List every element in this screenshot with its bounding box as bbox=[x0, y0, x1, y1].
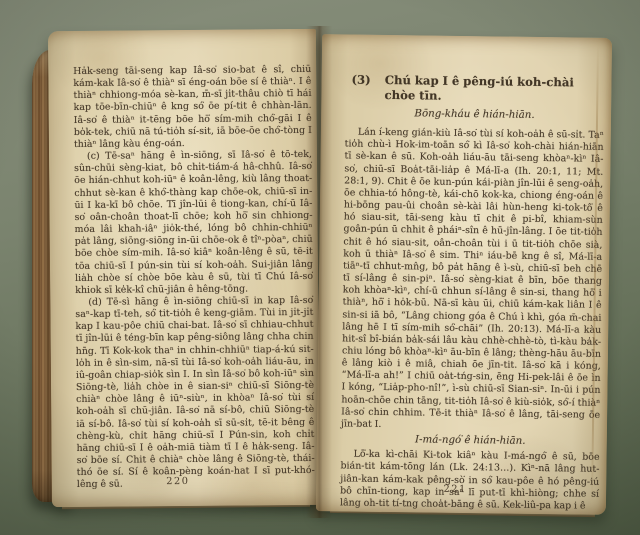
section-subtitle: Bōng-kháu ê hián-hiān. bbox=[345, 107, 604, 123]
left-page: Ha̍k-seng tāi-seng kap Iâ-so͘ sio-bat ê … bbox=[48, 29, 320, 507]
left-page-number: 220 bbox=[44, 475, 312, 488]
right-paragraph-2: Lō͘-ka kì-chāi Ki-tok kiâⁿ kàu I-má-ngó͘… bbox=[340, 449, 600, 513]
left-page-text-block: Ha̍k-seng tāi-seng kap Iâ-so͘ sio-bat ê … bbox=[73, 64, 315, 492]
left-paragraph-continuation: Ha̍k-seng tāi-seng kap Iâ-so͘ sio-bat ê … bbox=[73, 64, 312, 151]
book-photograph: { "palette": { "background_top": "#878e7… bbox=[0, 0, 640, 535]
open-book: Ha̍k-seng tāi-seng kap Iâ-so͘ sio-bat ê … bbox=[0, 0, 640, 535]
left-paragraph-d: (d) Tē-sì hāng ê ìn-siōng chiū-sī in kap… bbox=[75, 295, 315, 492]
section-heading: (3) Chú kap I ê pêng-iú koh-chài chòe tī… bbox=[345, 72, 604, 105]
section-number: (3) bbox=[351, 73, 370, 88]
right-page-text-block: (3) Chú kap I ê pêng-iú koh-chài chòe tī… bbox=[340, 72, 605, 512]
mid-section-heading: I-má-ngó͘ ê hián-hiān. bbox=[341, 433, 600, 449]
right-page: (3) Chú kap I ê pêng-iú koh-chài chòe tī… bbox=[316, 34, 612, 515]
section-title: Chú kap I ê pêng-iú koh-chài chòe tīn. bbox=[384, 73, 604, 106]
right-paragraph-1: Lán í-keng gián-kiù Iâ-so͘ tùi sí koh-oa… bbox=[341, 127, 604, 434]
left-paragraph-c: (c) Tē-saⁿ hāng ê ìn-siōng, sī Iâ-so͘ ê … bbox=[74, 149, 313, 297]
